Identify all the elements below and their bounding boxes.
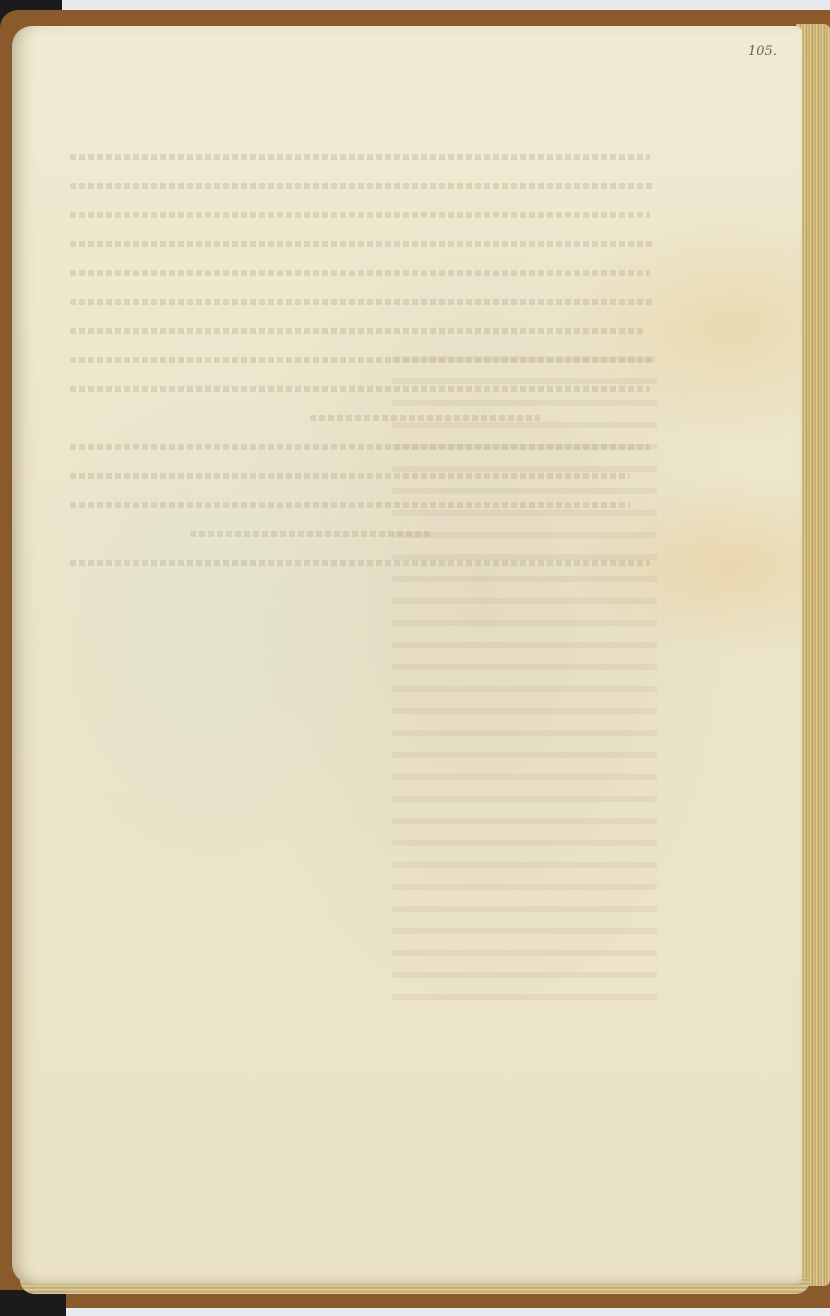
folio-number: 105. (748, 44, 777, 59)
parchment-page (12, 26, 802, 1284)
show-through-illumination (392, 356, 657, 1006)
